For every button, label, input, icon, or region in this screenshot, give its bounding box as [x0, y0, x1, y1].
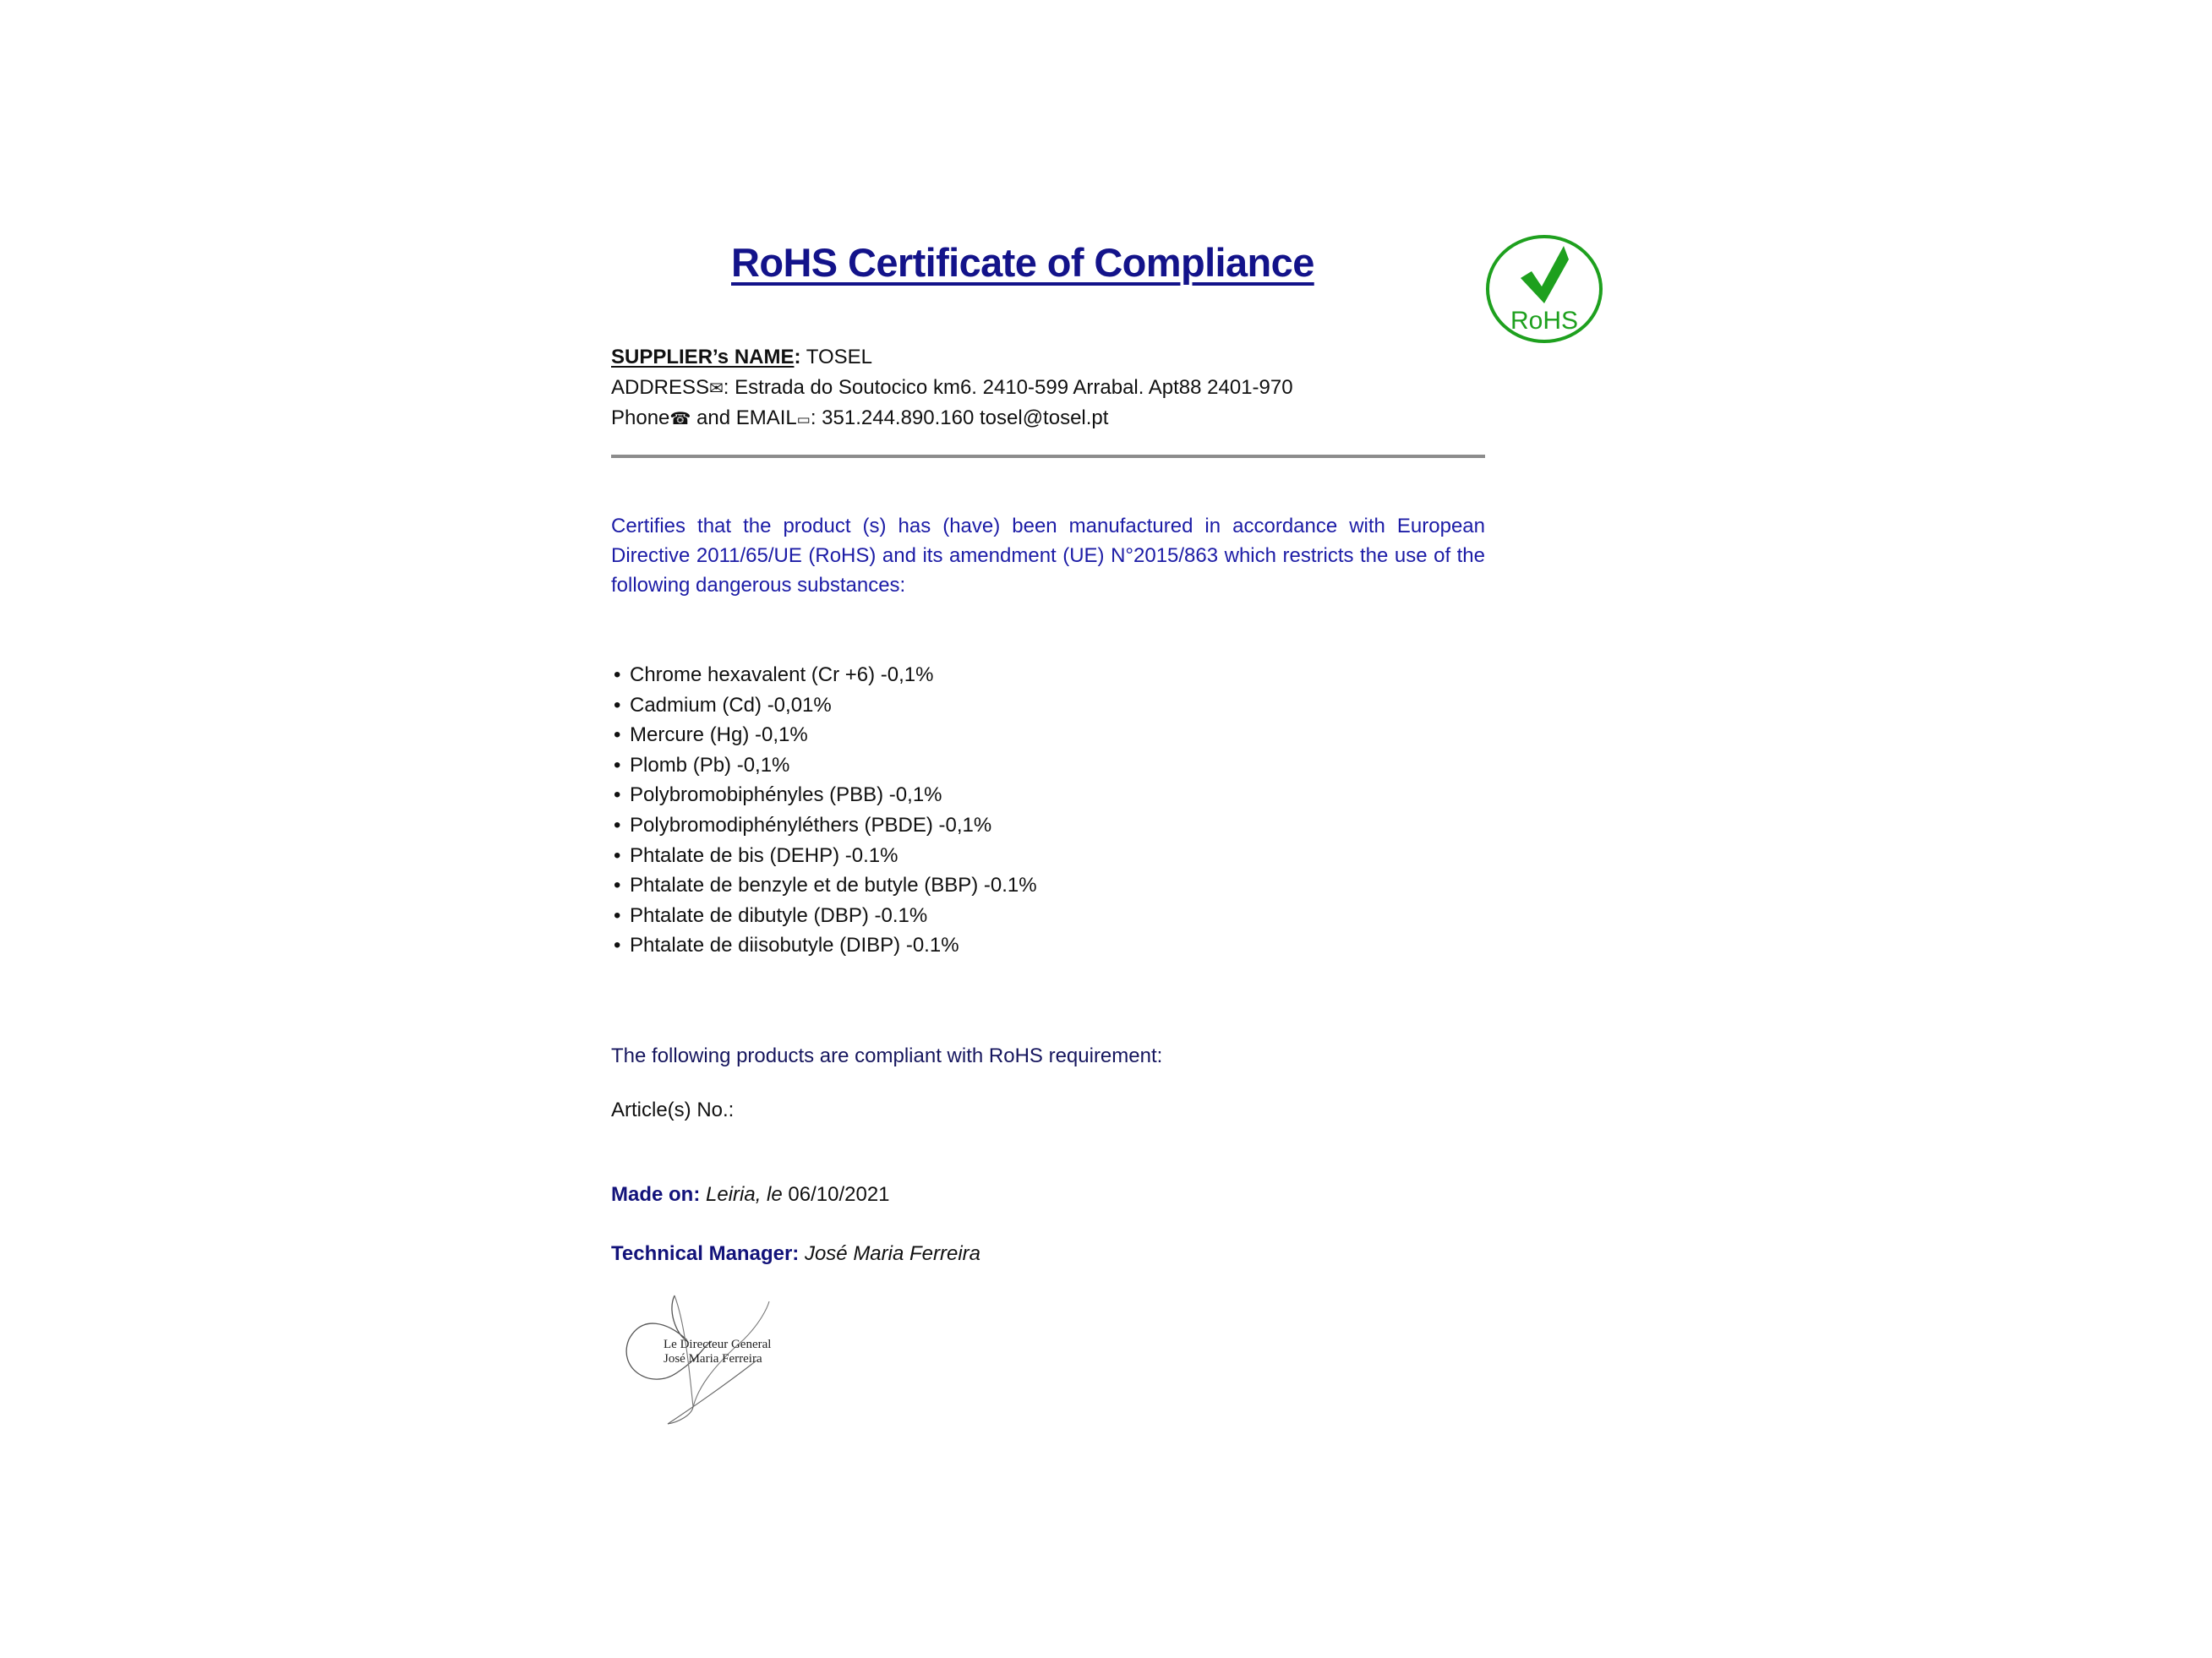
substance-text: Chrome hexavalent (Cr +6) -0,1% — [630, 663, 933, 686]
bullet-icon: • — [614, 810, 620, 841]
contact-separator: : — [811, 406, 822, 429]
technical-manager-line: Technical Manager: José Maria Ferreira — [611, 1239, 980, 1269]
rohs-check-badge-icon: RoHS — [1485, 234, 1603, 344]
article-number-label: Article(s) No.: — [611, 1095, 734, 1126]
bullet-icon: • — [614, 930, 620, 961]
technical-manager-name: José Maria Ferreira — [805, 1242, 980, 1265]
signature-name: José Maria Ferreira — [664, 1352, 762, 1366]
substance-text: Plomb (Pb) -0,1% — [630, 754, 789, 777]
technical-manager-label: Technical Manager: — [611, 1242, 799, 1265]
substance-item: •Polybromobiphényles (PBB) -0,1% — [614, 780, 1037, 810]
made-on-line: Made on: Leiria, le 06/10/2021 — [611, 1180, 890, 1210]
phone-label: Phone — [611, 406, 669, 429]
colon: : — [794, 346, 800, 368]
certification-text: Certifies that the product (s) has (have… — [611, 511, 1485, 600]
made-on-date: 06/10/2021 — [788, 1183, 889, 1206]
made-on-label: Made on: — [611, 1183, 700, 1206]
substance-text: Phtalate de dibutyle (DBP) -0.1% — [630, 904, 927, 927]
phone-email-value: 351.244.890.160 tosel@tosel.pt — [822, 406, 1108, 429]
substance-text: Polybromobiphényles (PBB) -0,1% — [630, 783, 942, 806]
substance-text: Phtalate de bis (DEHP) -0.1% — [630, 844, 898, 867]
substance-item: •Mercure (Hg) -0,1% — [614, 720, 1037, 750]
substance-text: Cadmium (Cd) -0,01% — [630, 694, 832, 717]
address-label: ADDRESS — [611, 376, 709, 399]
supplier-name-value: TOSEL — [806, 346, 872, 368]
signature-title: Le Directeur General — [664, 1338, 771, 1352]
bullet-icon: • — [614, 720, 620, 750]
substance-text: Mercure (Hg) -0,1% — [630, 723, 808, 746]
envelope-icon: ✉ — [709, 378, 724, 398]
address-value: Estrada do Soutocico km6. 2410-599 Arrab… — [735, 376, 1292, 399]
substance-text: Phtalate de benzyle et de butyle (BBP) -… — [630, 874, 1037, 897]
bullet-icon: • — [614, 660, 620, 690]
certificate-title: RoHS Certificate of Compliance — [731, 239, 1367, 286]
bullet-icon: • — [614, 780, 620, 810]
compliant-statement: The following products are compliant wit… — [611, 1041, 1162, 1072]
divider — [611, 455, 1485, 458]
and-text: and — [691, 406, 735, 429]
substance-item: •Chrome hexavalent (Cr +6) -0,1% — [614, 660, 1037, 690]
bullet-icon: • — [614, 841, 620, 871]
substance-item: •Phtalate de dibutyle (DBP) -0.1% — [614, 901, 1037, 931]
substance-item: •Plomb (Pb) -0,1% — [614, 750, 1037, 781]
supplier-address-line: ADDRESS✉: Estrada do Soutocico km6. 2410… — [611, 373, 1293, 403]
supplier-name-label: SUPPLIER’s NAME — [611, 346, 794, 368]
bullet-icon: • — [614, 750, 620, 781]
substance-item: •Phtalate de bis (DEHP) -0.1% — [614, 841, 1037, 871]
substance-text: Phtalate de diisobutyle (DIBP) -0.1% — [630, 934, 959, 957]
supplier-contact-line: Phone☎ and EMAIL▭: 351.244.890.160 tosel… — [611, 403, 1108, 435]
address-separator: : — [724, 376, 735, 399]
substance-text: Polybromodiphényléthers (PBDE) -0,1% — [630, 814, 991, 837]
bullet-icon: • — [614, 870, 620, 901]
bullet-icon: • — [614, 901, 620, 931]
substance-item: •Cadmium (Cd) -0,01% — [614, 690, 1037, 721]
substance-item: •Polybromodiphényléthers (PBDE) -0,1% — [614, 810, 1037, 841]
telephone-icon: ☎ — [669, 408, 691, 428]
supplier-name-line: SUPPLIER’s NAME: TOSEL — [611, 342, 872, 373]
badge-label: RoHS — [1510, 307, 1578, 335]
bullet-icon: • — [614, 690, 620, 721]
substance-item: •Phtalate de diisobutyle (DIBP) -0.1% — [614, 930, 1037, 961]
substances-list: •Chrome hexavalent (Cr +6) -0,1%•Cadmium… — [614, 660, 1037, 961]
made-on-place: Leiria, le — [706, 1183, 783, 1206]
substance-item: •Phtalate de benzyle et de butyle (BBP) … — [614, 870, 1037, 901]
computer-icon: ▭ — [797, 412, 811, 428]
email-label: EMAIL — [736, 406, 797, 429]
